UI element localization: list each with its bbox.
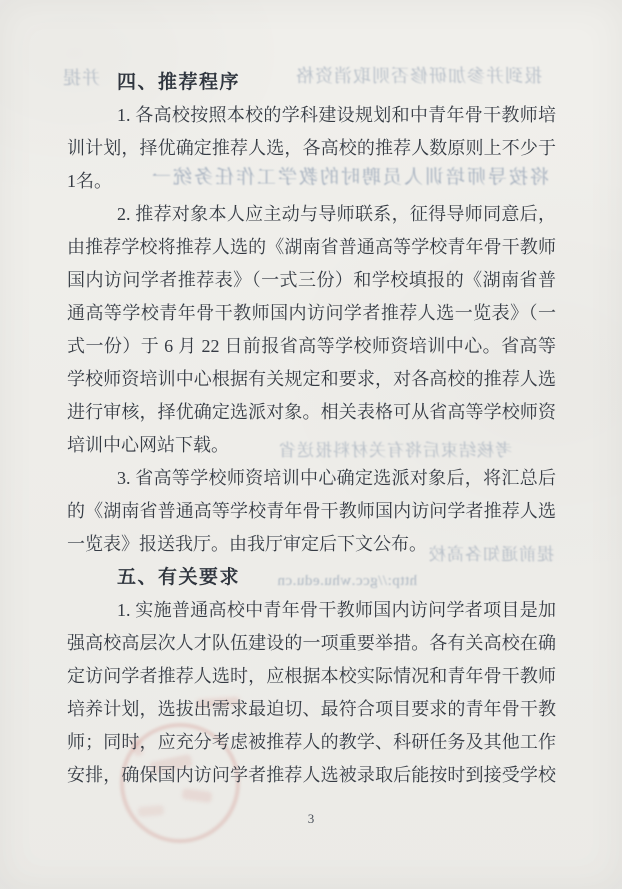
scanned-document-page: 报到并参加研修否则取消资格 并提 将按导师培训人员聘时的教学工作任务统一 考核结… <box>0 0 622 889</box>
document-line: 国内访问学者推荐表》（一式三份）和学校填报的《湖南省普 <box>67 264 556 297</box>
document-line: 进行审核，择优确定选派对象。相关表格可从省高等学校师资 <box>67 396 556 429</box>
document-line: 培训中心网站下载。 <box>67 429 556 462</box>
document-line: 1名。 <box>67 165 556 198</box>
document-line: 强高校高层次人才队伍建设的一项重要举措。各有关高校在确 <box>67 627 556 660</box>
document-line: 2. 推荐对象本人应主动与导师联系，征得导师同意后， <box>67 198 556 231</box>
document-line: 通高等学校青年骨干教师国内访问学者推荐人选一览表》（一 <box>67 297 556 330</box>
document-line: 式一份）于 6 月 22 日前报省高等学校师资培训中心。省高等 <box>67 330 556 363</box>
section-heading-4: 四、推荐程序 <box>67 66 556 99</box>
document-line: 的《湖南省普通高等学校青年骨干教师国内访问学者推荐人选 <box>67 495 556 528</box>
document-line: 定访问学者推荐人选时，应根据本校实际情况和青年骨干教师 <box>67 660 556 693</box>
document-line: 3. 省高等学校师资培训中心确定选派对象后，将汇总后 <box>67 462 556 495</box>
document-line: 培养计划，选拔出需求最迫切、最符合项目要求的青年骨干教 <box>67 693 556 726</box>
document-line: 安排，确保国内访问学者推荐人选被录取后能按时到接受学校 <box>67 759 556 792</box>
section-heading-5: 五、有关要求 <box>67 561 556 594</box>
document-line: 由推荐学校将推荐人选的《湖南省普通高等学校青年骨干教师 <box>67 231 556 264</box>
document-line: 一览表》报送我厅。由我厅审定后下文公布。 <box>67 528 556 561</box>
document-line: 训计划，择优确定推荐人选，各高校的推荐人数原则上不少于 <box>67 132 556 165</box>
document-line: 学校师资培训中心根据有关规定和要求，对各高校的推荐人选 <box>67 363 556 396</box>
document-body: 四、推荐程序 1. 各高校按照本校的学科建设规划和中青年骨干教师培 训计划，择优… <box>67 66 556 792</box>
page-number: 3 <box>0 811 622 827</box>
document-line: 1. 实施普通高校中青年骨干教师国内访问学者项目是加 <box>67 594 556 627</box>
document-line: 师；同时，应充分考虑被推荐人的教学、科研任务及其他工作 <box>67 726 556 759</box>
document-line: 1. 各高校按照本校的学科建设规划和中青年骨干教师培 <box>67 99 556 132</box>
